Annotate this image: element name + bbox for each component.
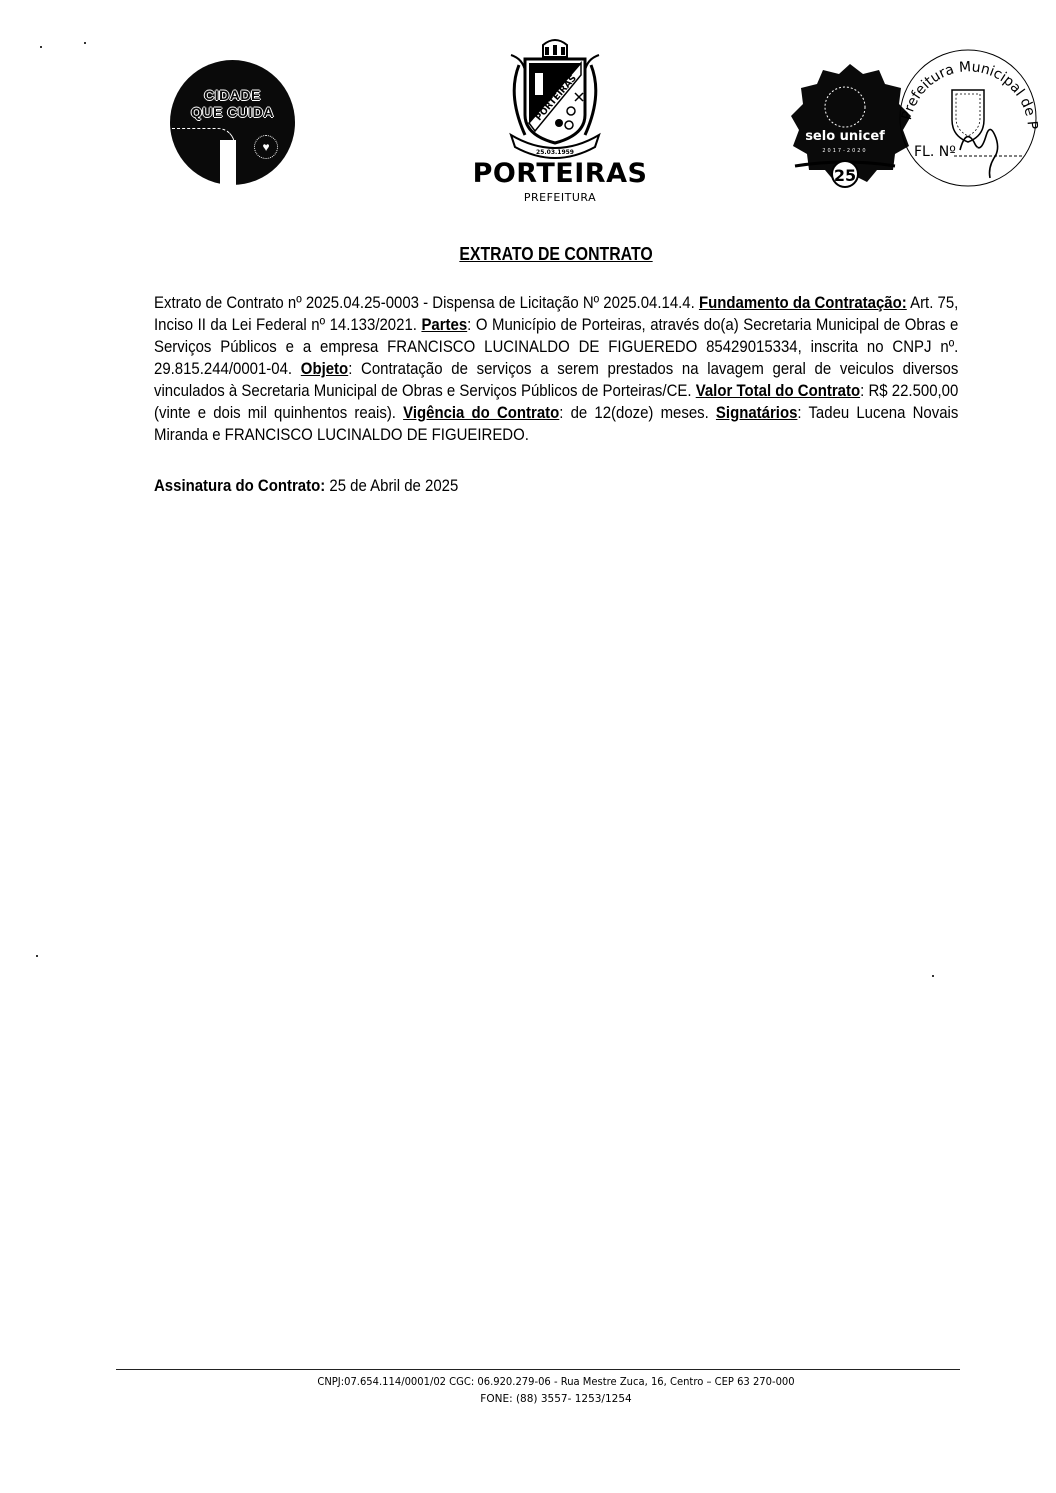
- scan-speck: [36, 955, 38, 957]
- logo-line-1: CIDADE: [170, 87, 295, 103]
- municipal-crest-icon: PORTEIRAS 25.03.1959: [505, 35, 605, 165]
- signature-date: 25 de Abril de 2025: [329, 476, 458, 495]
- paragraph-text: : de 12(doze) meses.: [559, 403, 716, 422]
- paragraph-label: Fundamento da Contratação:: [699, 293, 907, 312]
- crest-date-text: 25.03.1959: [536, 149, 574, 156]
- scan-speck: [40, 46, 42, 48]
- cidade-que-cuida-logo: CIDADE QUE CUIDA ♥: [170, 60, 295, 185]
- stamp-arc-text: Prefeitura Municipal de Porteiras: [890, 38, 1040, 130]
- municipal-stamp-icon: Prefeitura Municipal de Porteiras FL. Nº…: [890, 38, 1040, 188]
- scan-speck: [932, 975, 934, 977]
- unicef-years: 2017-2020: [822, 148, 867, 154]
- paragraph-text: Extrato de Contrato nº 2025.04.25-0003 -…: [154, 293, 699, 312]
- logo-line-2: QUE CUIDA: [170, 104, 295, 120]
- brand-subtitle: PREFEITURA: [470, 191, 650, 204]
- document-title: EXTRATO DE CONTRATO: [67, 244, 1046, 265]
- logo-stem-decoration: [220, 140, 236, 185]
- paragraph-label: Valor Total do Contrato: [696, 381, 860, 400]
- paragraph-label: Vigência do Contrato: [403, 403, 559, 422]
- scan-speck: [84, 42, 86, 44]
- signature-label: Assinatura do Contrato:: [154, 476, 325, 495]
- heart-icon: ♥: [254, 135, 278, 159]
- paragraph-label: Objeto: [301, 359, 348, 378]
- paragraph-label: Signatários: [716, 403, 797, 422]
- contract-extract-paragraph: Extrato de Contrato nº 2025.04.25-0003 -…: [154, 292, 958, 446]
- signature-line: Assinatura do Contrato: 25 de Abril de 2…: [154, 476, 458, 496]
- footer-divider: [116, 1369, 960, 1370]
- stamp-page-label: FL. Nº: [914, 144, 956, 160]
- brand-name: PORTEIRAS: [470, 158, 650, 189]
- paragraph-label: Partes: [421, 315, 467, 334]
- unicef-badge-number: 25: [834, 166, 856, 185]
- footer-address: CNPJ:07.654.114/0001/02 CGC: 06.920.279-…: [28, 1376, 1056, 1388]
- footer-phone: FONE: (88) 3557- 1253/1254: [0, 1393, 1056, 1405]
- unicef-label: selo unicef: [805, 129, 885, 144]
